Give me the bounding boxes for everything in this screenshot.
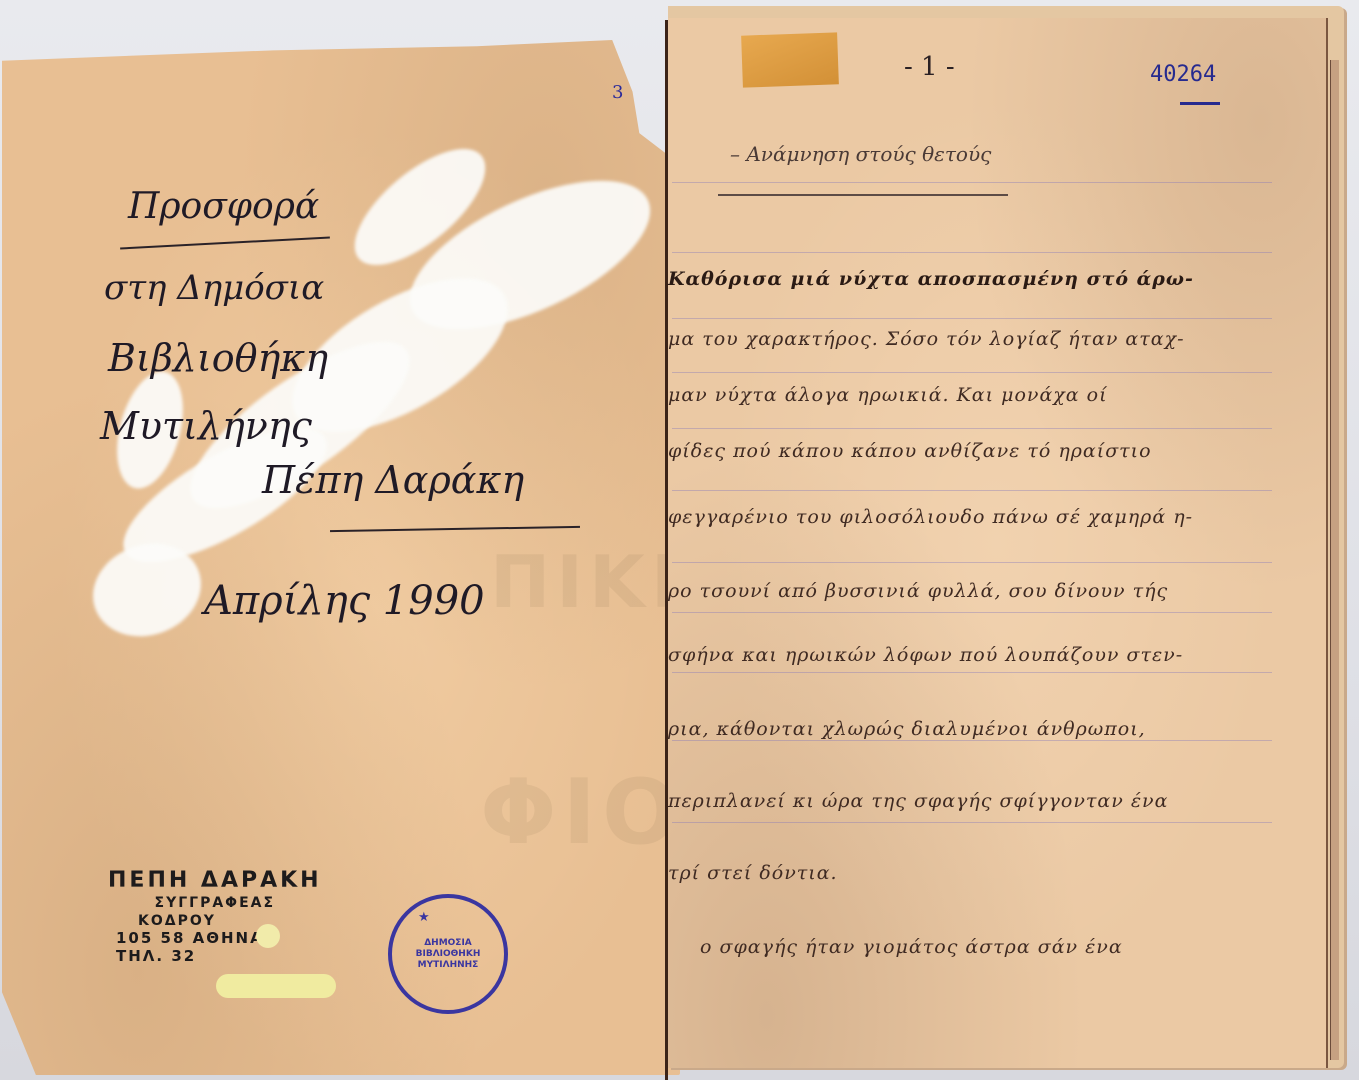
library-stamp-text: ΔΗΜΟΣΙΑ ΒΙΒΛΙΟΘΗΚΗ ΜΥΤΙΛΗΝΗΣ [398, 938, 498, 970]
dedication-line: Προσφορά [128, 186, 319, 227]
manuscript-line: φίδες πού κάπου κάπου ανθίζανε τό ηραίστ… [668, 440, 1152, 462]
dedication-line: Βιβλιοθήκη [108, 336, 328, 380]
redaction-mark [216, 974, 336, 998]
manuscript-line: μαν νύχτα άλογα ηρωικιά. Και μονάχα οί [668, 384, 1108, 406]
book-gutter [665, 20, 668, 1080]
manuscript-line: περιπλανεί κι ώρα της σφαγής σφίγγονταν … [668, 790, 1168, 812]
stamp-street: ΚΟΔΡΟΥ [138, 913, 322, 929]
manuscript-line: φεγγαρένιο του φιλοσόλιουδο πάνω σέ χαμη… [668, 506, 1193, 528]
stamp-profession: ΣΥΓΓΡΑΦΕΑΣ [108, 895, 322, 911]
manuscript-title: – Ανάμνηση στούς θετούς [730, 142, 991, 166]
manuscript-line: ρο τσουνί από βυσσινιά φυλλά, σου δίνουν… [668, 580, 1168, 602]
manuscript-line: σφήνα και ηρωικών λόφων πού λουπάζουν στ… [668, 644, 1183, 666]
title-rule [718, 194, 1008, 196]
scanned-spread: ΠΙΚΡ ΦΙΟ 3 Προσφορά στη Δημόσια Βιβλιοθή… [0, 0, 1359, 1080]
author-signature: Πέπη Δαράκη [262, 458, 524, 502]
stamp-city: 105 58 ΑΘΗΝΑ [116, 929, 322, 947]
manuscript-line: ρια, κάθονται χλωρώς διαλυμένοι άνθρωποι… [668, 718, 1146, 740]
manuscript-line: ο σφαγής ήταν γιομάτος άστρα σάν ένα [700, 936, 1123, 958]
right-page-manuscript [668, 18, 1328, 1068]
stamp-phone: ΤΗΛ. 32 [116, 947, 322, 965]
manuscript-line: Καθόρισα μιά νύχτα αποσπασμένη στό άρω- [668, 268, 1194, 290]
author-address-stamp: ΠΕΠΗ ΔΑΡΑΚΗ ΣΥΓΓΡΑΦΕΑΣ ΚΟΔΡΟΥ 105 58 ΑΘΗ… [108, 868, 322, 965]
star-icon: ★ [418, 910, 430, 925]
page-number: - 1 - [904, 52, 955, 82]
manuscript-line: μα του χαρακτήρος. Σόσο τόν λογίαζ ήταν … [668, 328, 1185, 350]
dedication-line: Μυτιλήνης [100, 404, 312, 448]
stamp-author-name: ΠΕΠΗ ΔΑΡΑΚΗ [108, 868, 322, 893]
library-ownership-stamp: ★ ΔΗΜΟΣΙΑ ΒΙΒΛΙΟΘΗΚΗ ΜΥΤΙΛΗΝΗΣ [388, 894, 508, 1014]
catalog-underline [1180, 102, 1220, 105]
catalog-number: 40264 [1150, 62, 1216, 87]
dedication-date: Απρίλης 1990 [204, 578, 485, 624]
left-page-corner-number: 3 [612, 82, 623, 103]
bleed-through-title-2: ΦΙΟ [480, 760, 685, 865]
redaction-mark [256, 924, 280, 948]
adhesive-tape [741, 32, 839, 87]
dedication-line: στη Δημόσια [104, 268, 324, 308]
manuscript-line: τρί στεί δόντια. [668, 862, 838, 884]
page-edge [1330, 60, 1339, 1060]
